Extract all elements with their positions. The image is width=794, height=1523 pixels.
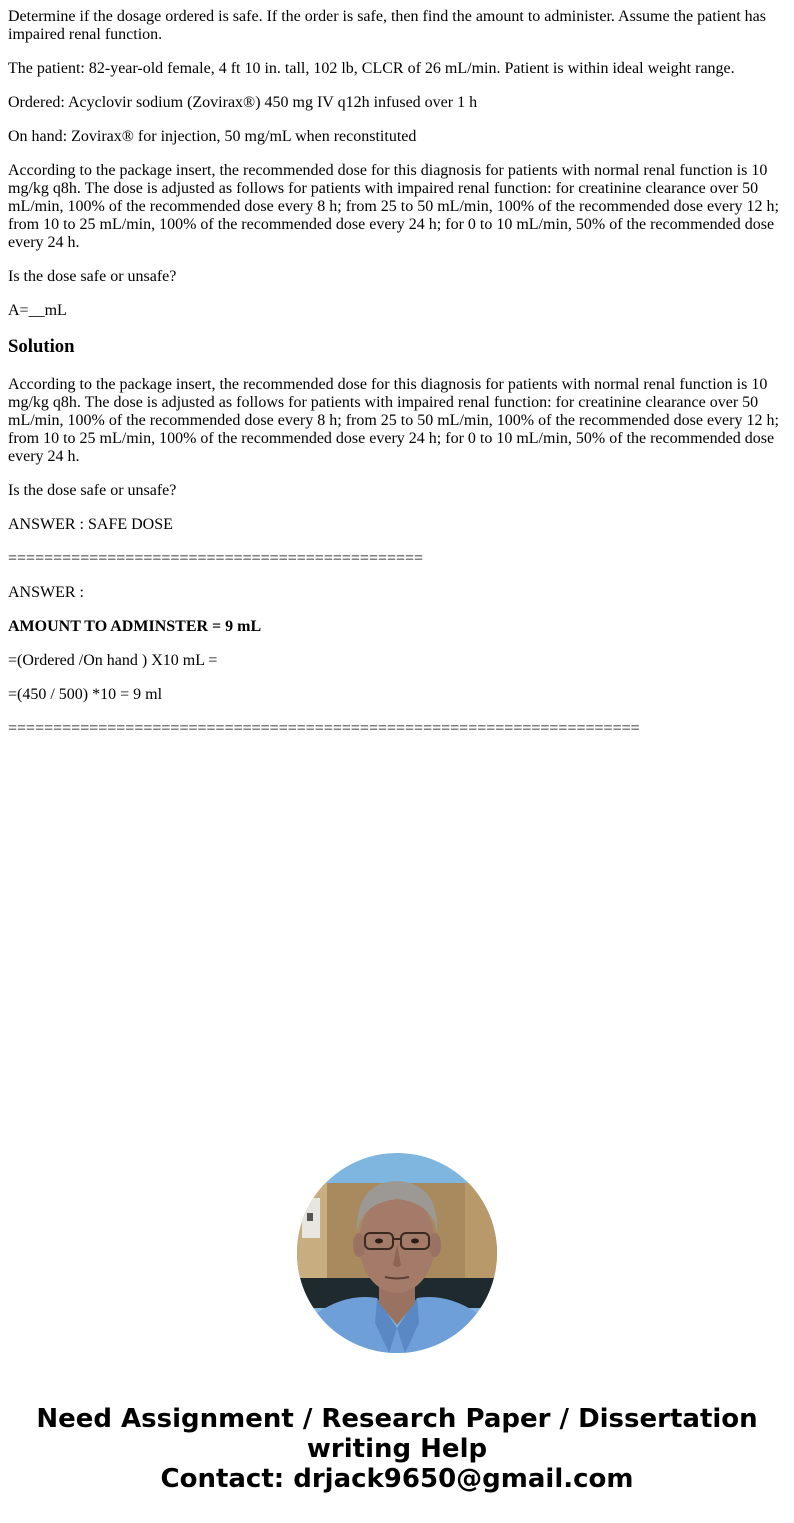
solution-insert-text: According to the package insert, the rec… (8, 376, 786, 466)
solution-section: Solution According to the package insert… (8, 336, 786, 738)
patient-info: The patient: 82-year-old female, 4 ft 10… (8, 60, 786, 78)
separator-line: ========================================… (8, 720, 786, 738)
document-content: Determine if the dosage ordered is safe.… (0, 0, 794, 738)
formula-line: =(Ordered /On hand ) X10 mL = (8, 652, 786, 670)
package-insert-text: According to the package insert, the rec… (8, 162, 786, 252)
promo-banner: Need Assignment / Research Paper / Disse… (0, 1404, 794, 1494)
promo-line-1: Need Assignment / Research Paper / Disse… (0, 1404, 794, 1434)
safe-question: Is the dose safe or unsafe? (8, 268, 786, 286)
separator-line: ========================================… (8, 550, 786, 568)
person-portrait-avatar-icon (297, 1153, 497, 1353)
ordered-medication: Ordered: Acyclovir sodium (Zovirax®) 450… (8, 94, 786, 112)
safe-answer: ANSWER : SAFE DOSE (8, 516, 786, 534)
answer-label: ANSWER : (8, 584, 786, 602)
question-section: Determine if the dosage ordered is safe.… (8, 8, 786, 320)
amount-answer: AMOUNT TO ADMINSTER = 9 mL (8, 618, 786, 636)
avatar (297, 1153, 497, 1353)
on-hand-medication: On hand: Zovirax® for injection, 50 mg/m… (8, 128, 786, 146)
promo-line-2: writing Help (0, 1434, 794, 1464)
question-intro: Determine if the dosage ordered is safe.… (8, 8, 786, 44)
amount-question: A=__mL (8, 302, 786, 320)
promo-contact: Contact: drjack9650@gmail.com (0, 1464, 794, 1494)
solution-heading: Solution (8, 336, 786, 358)
solution-safe-question: Is the dose safe or unsafe? (8, 482, 786, 500)
calculation-line: =(450 / 500) *10 = 9 ml (8, 686, 786, 704)
